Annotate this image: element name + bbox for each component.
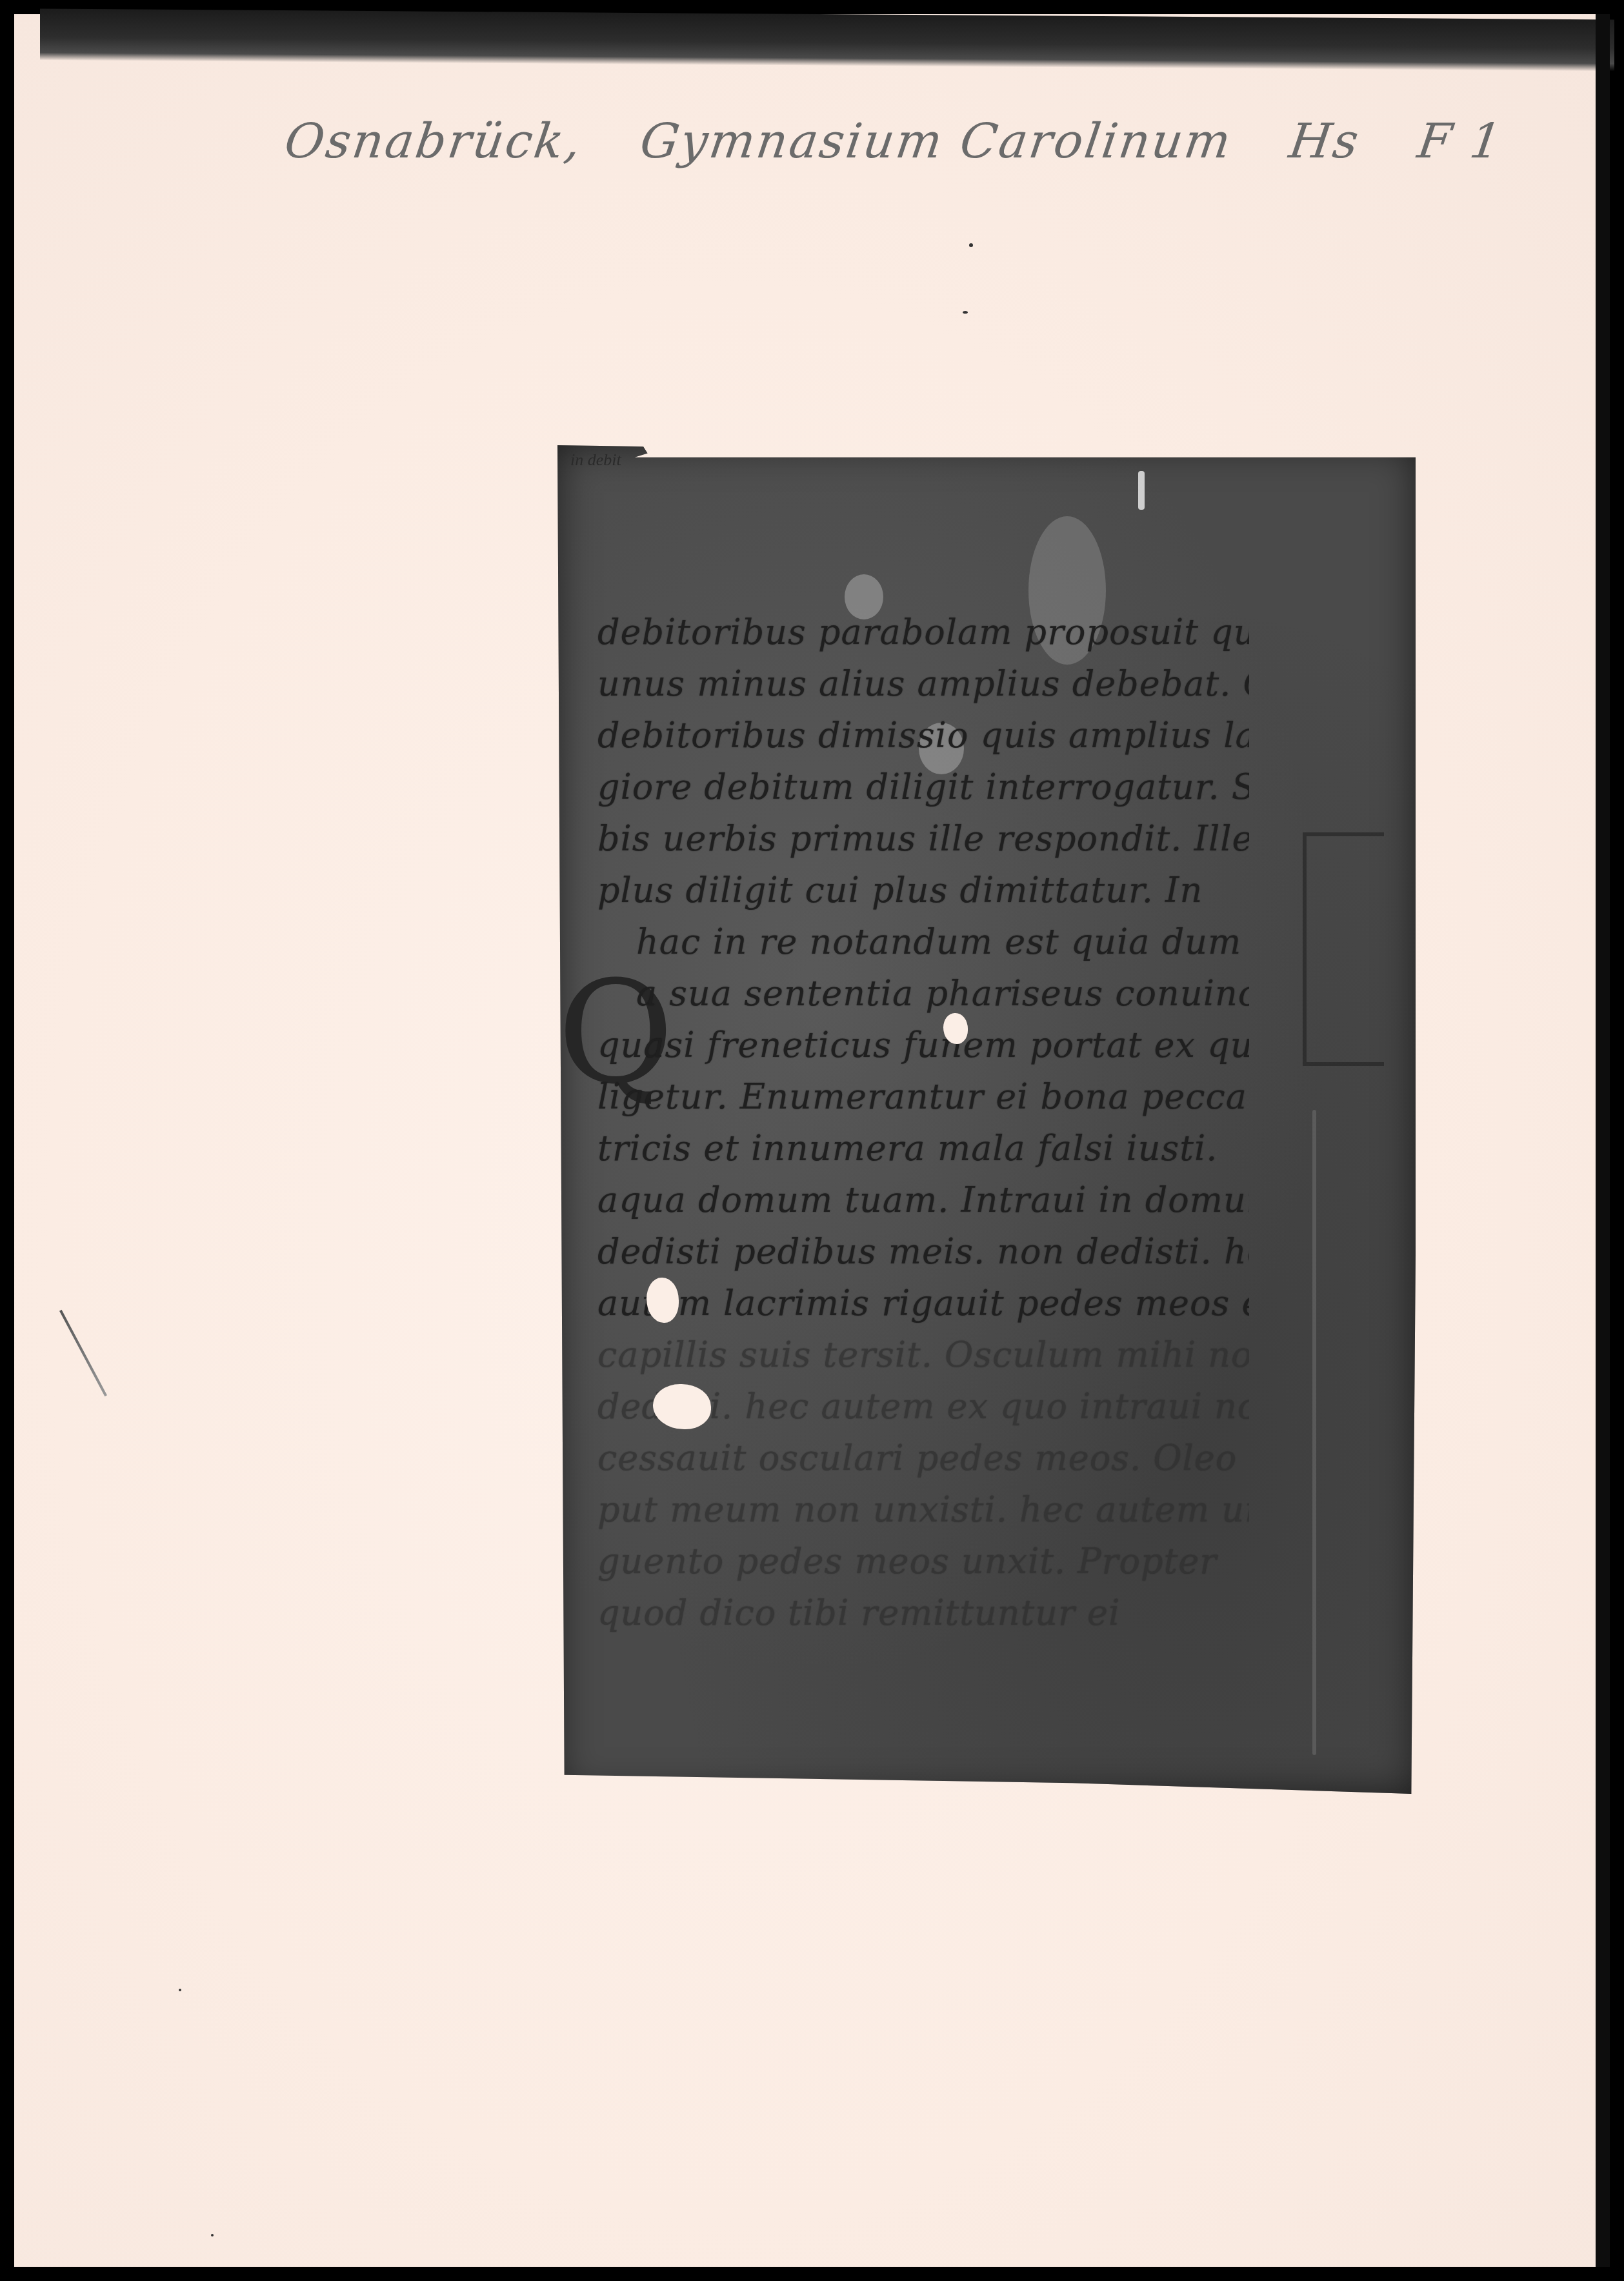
text-line: capillis suis tersit. Osculum mihi non — [597, 1329, 1249, 1381]
caption-shelfmark-prefix: Hs — [1286, 114, 1364, 169]
leaf-fold-crease — [1312, 1110, 1316, 1755]
text-line: dedisti pedibus meis. non dedisti. hec — [597, 1226, 1249, 1278]
caption-shelfmark: F 1 — [1414, 114, 1506, 169]
dust-speck — [211, 2234, 214, 2236]
running-head: in debit — [570, 450, 621, 470]
dust-speck — [969, 243, 973, 247]
caption-place: Osnabrück, — [281, 114, 586, 169]
text-line: hac in re notandum est quia dum — [597, 916, 1249, 968]
caption-institution: Gymnasium Carolinum — [637, 114, 1236, 169]
text-line: cessauit osculari pedes meos. Oleo ca — [597, 1432, 1249, 1484]
text-line: put meum non unxisti. hec autem un — [597, 1484, 1249, 1536]
worm-hole — [943, 1013, 968, 1044]
text-line: ligetur. Enumerantur ei bona pecca — [597, 1071, 1249, 1123]
text-line: quasi freneticus funem portat ex quo — [597, 1020, 1249, 1071]
text-line: a sua sententia phariseus conuincitur — [597, 968, 1249, 1020]
manuscript-text: debitoribus parabolam proposuit quoru un… — [597, 607, 1249, 1639]
worm-hole — [647, 1278, 679, 1323]
text-line: plus diligit cui plus dimittatur. In — [597, 865, 1249, 916]
text-line: bis uerbis primus ille respondit. Ille — [597, 813, 1249, 865]
handwritten-caption: Osnabrück, Gymnasium Carolinum Hs F 1 — [285, 79, 1502, 169]
stain — [1138, 471, 1145, 510]
pencil-mark — [59, 1310, 107, 1396]
text-line: quod dico tibi remittuntur ei — [597, 1587, 1249, 1639]
text-line: autem lacrimis rigauit pedes meos et — [597, 1278, 1249, 1329]
scan-top-edge — [40, 8, 1614, 71]
text-line: unus minus alius amplius debebat. Cumq; — [597, 658, 1249, 710]
text-line: giore debitum diligit interrogatur. Sim — [597, 761, 1249, 813]
manuscript-leaf: in debit Q debitoribus parabolam proposu… — [557, 445, 1416, 1794]
adjacent-leaf-initial-frame — [1303, 832, 1384, 1066]
text-line: tricis et innumera mala falsi iusti. — [597, 1123, 1249, 1174]
text-line: debitoribus dimissio quis amplius largi — [597, 710, 1249, 761]
text-line: guento pedes meos unxit. Propter — [597, 1536, 1249, 1587]
text-line: aqua domum tuam. Intraui in domum tuam — [597, 1174, 1249, 1226]
scan-right-edge — [1596, 14, 1610, 2267]
dust-speck — [963, 311, 968, 314]
text-line: debitoribus parabolam proposuit quoru — [597, 607, 1249, 658]
dust-speck — [179, 1989, 181, 1991]
scanned-page: Osnabrück, Gymnasium Carolinum Hs F 1 in… — [14, 14, 1610, 2267]
